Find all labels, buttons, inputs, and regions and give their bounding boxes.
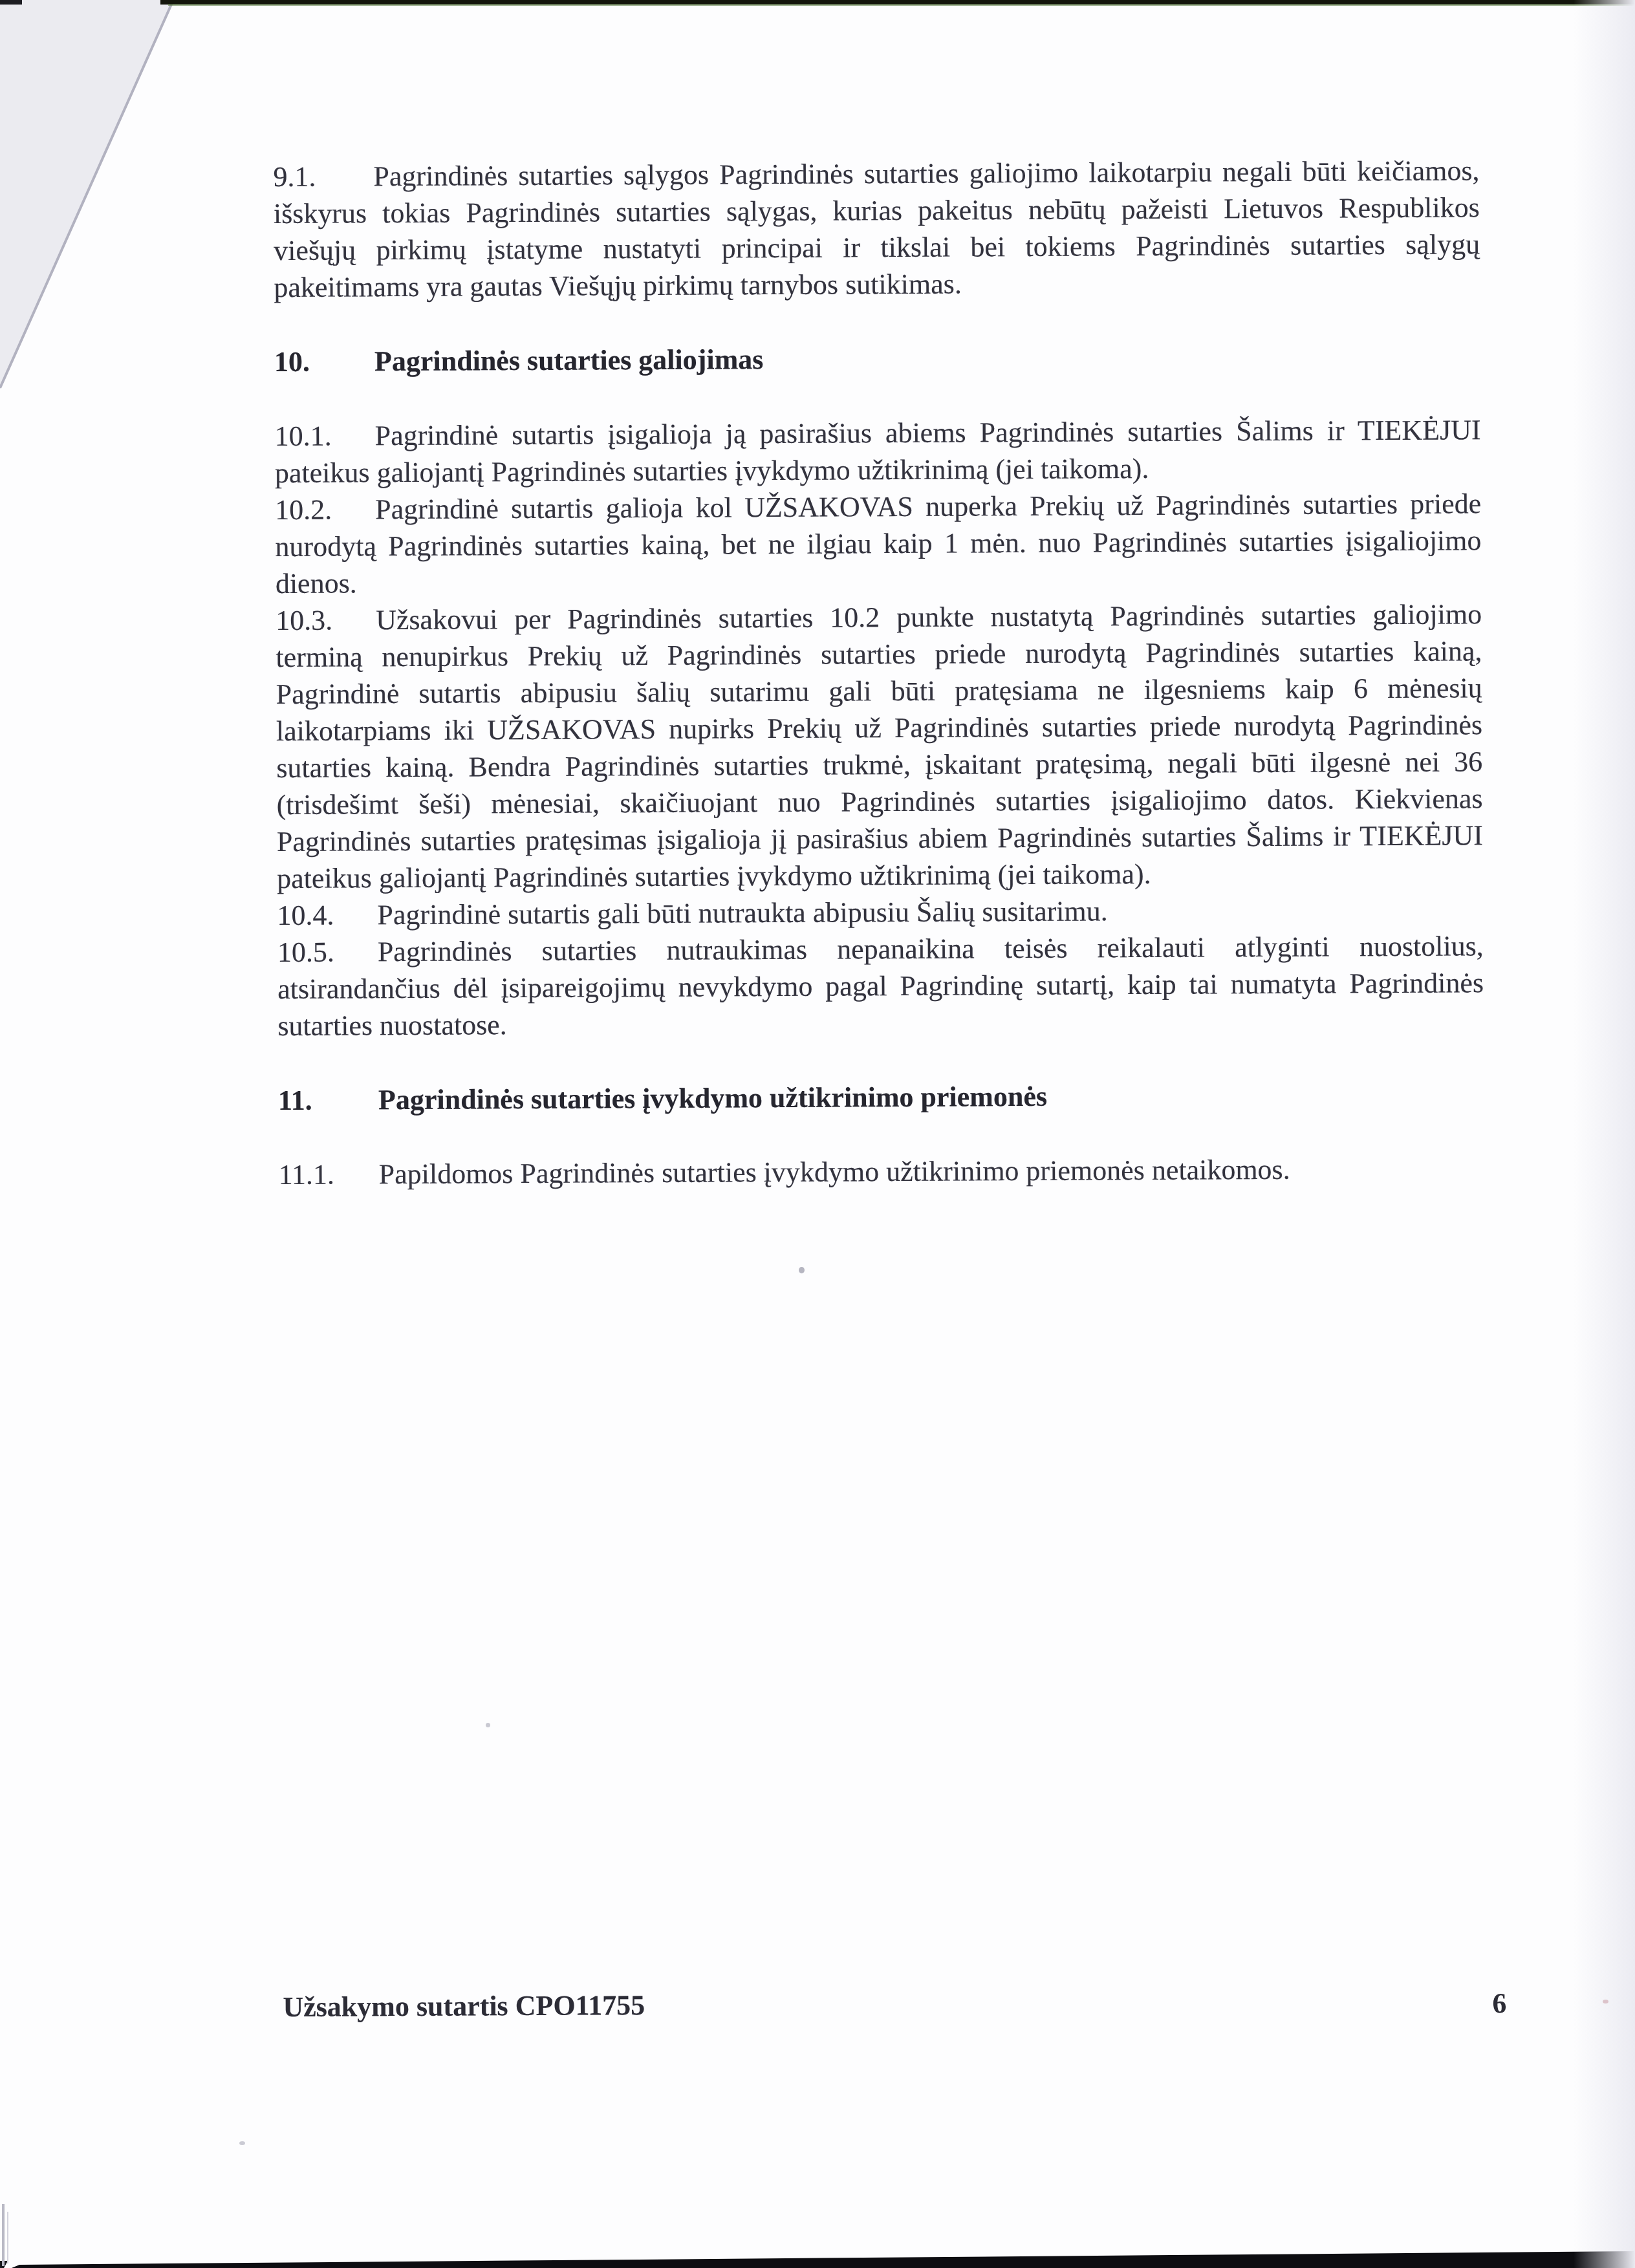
footer-document-title: Užsakymo sutartis CPO11755 xyxy=(283,1989,645,2024)
clause-10-2: 10.2.Pagrindinė sutartis galioja kol UŽS… xyxy=(275,485,1482,602)
clause-text: Užsakovui per Pagrindinės sutarties 10.2… xyxy=(276,598,1483,894)
clause-text: Pagrindinės sutarties sąlygos Pagrindinė… xyxy=(274,155,1480,303)
section-number: 10. xyxy=(274,343,374,380)
section-10-heading: 10.Pagrindinės sutarties galiojimas xyxy=(274,337,1480,380)
contract-text-block: 9.1.Pagrindinės sutarties sąlygos Pagrin… xyxy=(273,152,1484,1193)
clause-number: 10.1. xyxy=(274,417,374,455)
clause-10-4: 10.4.Pagrindinė sutartis gali būti nutra… xyxy=(277,891,1483,934)
scan-left-edge-line xyxy=(2,2204,5,2266)
clause-10-5: 10.5.Pagrindinės sutarties nutraukimas n… xyxy=(277,927,1484,1044)
clause-number: 10.5. xyxy=(277,933,378,971)
clause-text: Papildomos Pagrindinės sutarties įvykdym… xyxy=(378,1154,1290,1190)
clause-text: Pagrindinės sutarties nutraukimas nepana… xyxy=(277,930,1484,1042)
clause-11-1: 11.1.Papildomos Pagrindinės sutarties įv… xyxy=(278,1150,1484,1193)
clause-text: Pagrindinė sutartis gali būti nutraukta … xyxy=(377,895,1107,931)
clause-text: Pagrindinė sutartis įsigalioja ją pasira… xyxy=(275,414,1481,489)
section-11-heading: 11.Pagrindinės sutarties įvykdymo užtikr… xyxy=(278,1075,1484,1119)
clause-9-1: 9.1.Pagrindinės sutarties sąlygos Pagrin… xyxy=(273,152,1480,306)
document-content: 9.1.Pagrindinės sutarties sąlygos Pagrin… xyxy=(0,0,1635,2268)
clause-number: 10.2. xyxy=(275,491,375,528)
section-title: Pagrindinės sutarties įvykdymo užtikrini… xyxy=(378,1081,1047,1116)
clause-number: 11.1. xyxy=(278,1156,378,1193)
page-number: 6 xyxy=(1492,1987,1506,2020)
section-number: 11. xyxy=(278,1081,378,1119)
clause-text: Pagrindinė sutartis galioja kol UŽSAKOVA… xyxy=(275,488,1481,599)
clause-number: 9.1. xyxy=(273,158,373,195)
clause-number: 10.4. xyxy=(277,896,377,934)
clause-10-1: 10.1.Pagrindinė sutartis įsigalioja ją p… xyxy=(274,411,1481,491)
clause-number: 10.3. xyxy=(276,601,376,639)
section-title: Pagrindinės sutarties galiojimas xyxy=(374,343,764,377)
clause-10-3: 10.3.Užsakovui per Pagrindinės sutarties… xyxy=(276,596,1483,897)
scanned-contract-page: 9.1.Pagrindinės sutarties sąlygos Pagrin… xyxy=(0,0,1635,2268)
